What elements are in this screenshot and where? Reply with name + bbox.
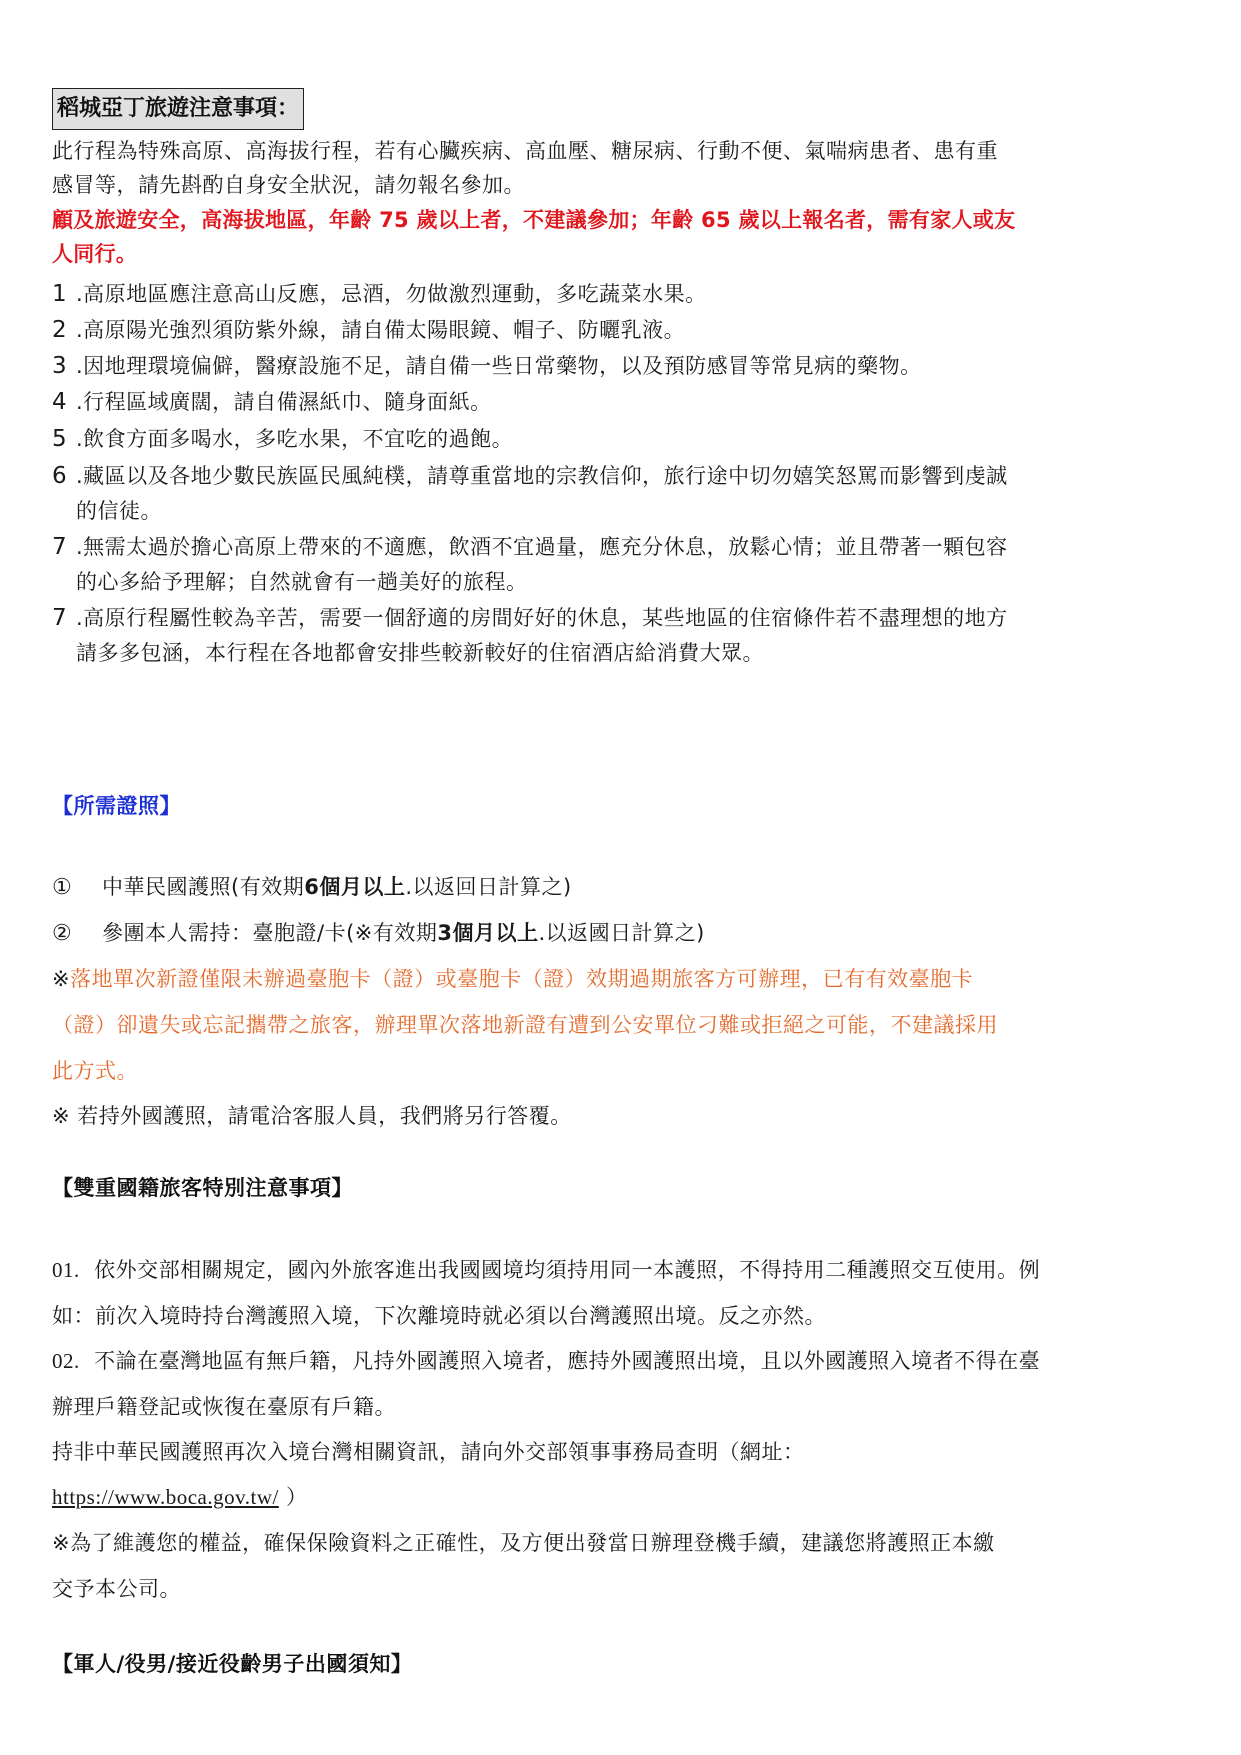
boca-website-link[interactable]: https://www.boca.gov.tw/ [52,1485,279,1509]
intro-line-1: 此行程為特殊高原、高海拔行程，若有心臟疾病、高血壓、糖尿病、行動不便、氣喘病患者… [52,134,998,168]
dual-nationality-item-2: 02. 不論在臺灣地區有無戶籍，凡持外國護照入境者，應持外國護照出境，且以外國護… [52,1338,1040,1384]
document-item-1: ①中華民國護照(有效期6個月以上.以返回日計算之) [52,864,572,911]
document-text-post: .以返國日計算之) [539,921,705,945]
note-text: .飲食方面多喝水，多吃水果，不宜吃的過飽。 [76,427,513,451]
document-item-text: 參團本人需持：臺胞證/卡(※有效期3個月以上.以返國日計算之) [102,921,705,945]
note-number: 3 [52,349,76,383]
note-item-5: 5.飲食方面多喝水，多吃水果，不宜吃的過飽。 [52,422,513,456]
landing-permit-notice-line-2: （證）卻遺失或忘記攜帶之旅客，辦理單次落地新證有遭到公安單位刁難或拒絕之可能，不… [52,1002,998,1048]
document-text-post: .以返回日計算之) [405,875,571,899]
reference-mark: ※ [52,967,70,991]
landing-permit-notice-line-3: 此方式。 [52,1048,138,1094]
link-close-paren: ） [279,1485,308,1509]
note-item-1: 1.高原地區應注意高山反應，忌酒，勿做激烈運動，多吃蔬菜水果。 [52,277,707,311]
document-text-pre: 中華民國護照(有效期 [102,875,304,899]
note-text: .高原陽光強烈須防紫外線，請自備太陽眼鏡、帽子、防曬乳液。 [76,318,685,342]
circled-number-1: ① [52,865,102,911]
note-number: 4 [52,385,76,419]
note-number: 6 [52,459,76,493]
note-item-7: 7.無需太過於擔心高原上帶來的不適應，飲酒不宜過量，應充分休息，放鬆心情；並且帶… [52,530,1008,564]
landing-permit-notice-line-1: ※落地單次新證僅限未辦過臺胞卡（證）或臺胞卡（證）效期過期旅客方可辦理，已有有效… [52,956,973,1002]
document-item-2: ②參團本人需持：臺胞證/卡(※有效期3個月以上.以返國日計算之) [52,910,705,957]
intro-line-2: 感冒等，請先斟酌自身安全狀況，請勿報名參加。 [52,168,525,202]
note-item-6: 6.藏區以及各地少數民族區民風純樸，請尊重當地的宗教信仰，旅行途中切勿嬉笑怒罵而… [52,459,1008,493]
age-warning-line-2: 人同行。 [52,237,137,271]
note-number: 7 [52,601,76,635]
note-text: .因地理環境偏僻，醫療設施不足，請自備一些日常藥物，以及預防感冒等常見病的藥物。 [76,354,922,378]
note-item-7b: 7.高原行程屬性較為辛苦，需要一個舒適的房間好好的休息，某些地區的住宿條件若不盡… [52,601,1008,635]
circled-number-2: ② [52,911,102,957]
item-number: 01. [52,1258,80,1282]
note-text: .藏區以及各地少數民族區民風純樸，請尊重當地的宗教信仰，旅行途中切勿嬉笑怒罵而影… [76,464,1008,488]
item-number: 02. [52,1349,80,1373]
dual-nationality-item-1-cont: 如：前次入境時持台灣護照入境，下次離境時就必須以台灣護照出境。反之亦然。 [52,1293,826,1339]
section-heading-military: 【軍人/役男/接近役齡男子出國須知】 [52,1648,412,1678]
note-text: .行程區域廣闊，請自備濕紙巾、隨身面紙。 [76,390,492,414]
note-text: .無需太過於擔心高原上帶來的不適應，飲酒不宜過量，應充分休息，放鬆心情；並且帶著… [76,535,1008,559]
document-text-bold: 6個月以上 [304,875,405,899]
note-number: 7 [52,530,76,564]
note-item-4: 4.行程區域廣闊，請自備濕紙巾、隨身面紙。 [52,385,492,419]
document-item-text: 中華民國護照(有效期6個月以上.以返回日計算之) [102,875,572,899]
foreign-passport-note: ※ 若持外國護照，請電洽客服人員，我們將另行答覆。 [52,1093,572,1139]
item-text: 不論在臺灣地區有無戶籍，凡持外國護照入境者，應持外國護照出境，且以外國護照入境者… [94,1349,1040,1373]
dual-nationality-item-2-cont: 辦理戶籍登記或恢復在臺原有戶籍。 [52,1384,396,1430]
note-item-2: 2.高原陽光強烈須防紫外線，請自備太陽眼鏡、帽子、防曬乳液。 [52,313,685,347]
note-number: 5 [52,422,76,456]
note-number: 2 [52,313,76,347]
passport-submit-recommendation-line-1: ※為了維護您的權益，確保保險資料之正確性，及方便出發當日辦理登機手續，建議您將護… [52,1520,995,1566]
section-heading-dual-nationality: 【雙重國籍旅客特別注意事項】 [52,1172,353,1202]
boca-info-line: 持非中華民國護照再次入境台灣相關資訊，請向外交部領事事務局查明（網址： [52,1429,805,1475]
note-text: .高原地區應注意高山反應，忌酒，勿做激烈運動，多吃蔬菜水果。 [76,282,707,306]
document-text-bold: 3個月以上 [437,921,538,945]
notice-text: 落地單次新證僅限未辦過臺胞卡（證）或臺胞卡（證）效期過期旅客方可辦理，已有有效臺… [70,967,973,991]
document-text-pre: 參團本人需持：臺胞證/卡(※有效期 [102,921,437,945]
note-text: .高原行程屬性較為辛苦，需要一個舒適的房間好好的休息，某些地區的住宿條件若不盡理… [76,606,1008,630]
dual-nationality-item-1: 01. 依外交部相關規定，國內外旅客進出我國國境均須持用同一本護照，不得持用二種… [52,1247,1040,1293]
boca-link-line: https://www.boca.gov.tw/ ） [52,1474,308,1520]
note-number: 1 [52,277,76,311]
note-item-3: 3.因地理環境偏僻，醫療設施不足，請自備一些日常藥物，以及預防感冒等常見病的藥物… [52,349,922,383]
note-item-7b-cont: 請多多包涵，本行程在各地都會安排些較新較好的住宿酒店給消費大眾。 [52,636,764,670]
page-title: 稻城亞丁旅遊注意事項： [52,88,304,130]
age-warning-line-1: 顧及旅遊安全，高海拔地區，年齡 75 歲以上者，不建議參加；年齡 65 歲以上報… [52,203,1015,237]
item-text: 依外交部相關規定，國內外旅客進出我國國境均須持用同一本護照，不得持用二種護照交互… [94,1258,1040,1282]
note-item-6-cont: 的信徒。 [52,494,162,528]
passport-submit-recommendation-line-2: 交予本公司。 [52,1566,181,1612]
section-heading-required-documents: 【所需證照】 [52,790,181,820]
note-item-7-cont: 的心多給予理解；自然就會有一趟美好的旅程。 [52,565,528,599]
